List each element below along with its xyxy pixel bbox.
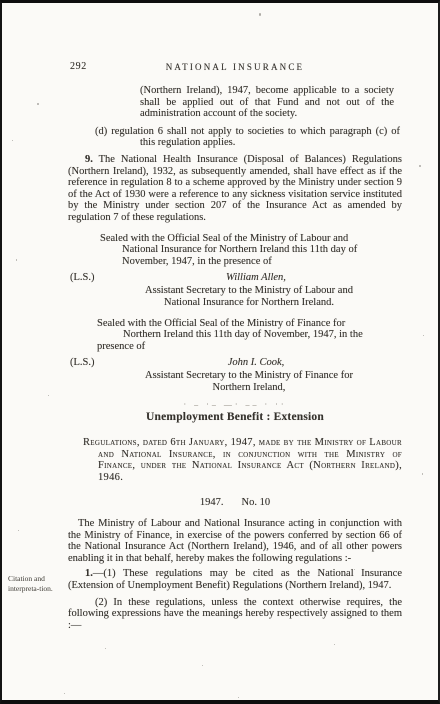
noise-speck: [334, 644, 335, 645]
sealing-labour-line: Sealed with the Official Seal of the Min…: [100, 233, 402, 245]
regulation-1-2: (2) In these regulations, unless the con…: [68, 597, 402, 632]
regulation-1-1-text: —(1) These regulations may be cited as t…: [68, 568, 402, 591]
regulation-1-block: Citation and interpreta-tion. 1.—(1) The…: [68, 568, 402, 631]
noise-speck: [48, 395, 49, 396]
sealing-labour-line: November, 1947, in the presence of: [122, 256, 402, 268]
regulation-year: 1947.: [200, 497, 224, 509]
noise-speck: [423, 335, 424, 336]
seal-signature-row-labour: (L.S.) William Allen,: [68, 272, 402, 284]
noise-speck: [105, 648, 106, 649]
noise-speck: [202, 665, 203, 666]
margin-note-citation: Citation and interpreta-tion.: [8, 574, 63, 593]
sealing-clause-labour: Sealed with the Official Seal of the Min…: [68, 233, 402, 268]
list-item-d-text: regulation 6 shall not apply to societie…: [111, 126, 400, 149]
noise-speck: [419, 165, 421, 167]
list-item-d: (d) regulation 6 shall not apply to soci…: [140, 126, 400, 149]
noise-speck: [37, 103, 39, 105]
sealing-labour-line: National Insurance for Northern Ireland …: [122, 244, 402, 256]
document-page: 292 NATIONAL INSURANCE (Northern Ireland…: [0, 0, 440, 704]
sealing-finance-line: Northern Ireland this 11th day of Novemb…: [123, 329, 402, 341]
regulation-1-number: 1.: [85, 568, 93, 579]
scan-artifact-marks: · – ·– —· –– · ··: [68, 399, 402, 408]
noise-speck: [12, 140, 13, 141]
signatory-title-finance: Assistant Secretary to the Ministry of F…: [135, 370, 363, 393]
noise-speck: [354, 569, 355, 570]
regulation-number: No. 10: [242, 497, 271, 509]
noise-speck: [64, 693, 65, 694]
signatory-title-labour: Assistant Secretary to the Ministry of L…: [129, 285, 369, 308]
noise-speck: [238, 697, 239, 698]
year-number-line: 1947. No. 10: [68, 497, 402, 509]
section-9-text: The National Health Insurance (Disposal …: [68, 154, 402, 223]
section-9-paragraph: 9. The National Health Insurance (Dispos…: [68, 154, 402, 224]
signature-john-cook: John I. Cook,: [98, 357, 414, 369]
running-header: 292 NATIONAL INSURANCE: [68, 61, 402, 74]
signature-william-allen: William Allen,: [98, 272, 414, 284]
paragraph-continuation: (Northern Ireland), 1947, become applica…: [140, 85, 394, 120]
regulation-heading: Unemployment Benefit : Extension: [68, 412, 402, 424]
running-title: NATIONAL INSURANCE: [68, 62, 402, 74]
sealing-finance-line: presence of: [97, 341, 402, 353]
sealing-finance-line: Sealed with the Official Seal of the Min…: [97, 318, 402, 330]
list-item-d-label: (d): [95, 126, 107, 137]
section-9-number: 9.: [85, 154, 93, 165]
regulation-preamble: Regulations, dated 6th January, 1947, ma…: [98, 437, 402, 483]
sealing-clause-finance: Sealed with the Official Seal of the Min…: [68, 318, 402, 353]
seal-mark: (L.S.): [70, 357, 95, 369]
regulation-1-1: 1.—(1) These regulations may be cited as…: [68, 568, 402, 591]
noise-speck: [16, 259, 17, 261]
noise-speck: [18, 530, 19, 531]
seal-signature-row-finance: (L.S.) John I. Cook,: [68, 357, 402, 369]
seal-mark: (L.S.): [70, 272, 95, 284]
enacting-paragraph: The Ministry of Labour and National Insu…: [68, 518, 402, 564]
noise-speck: [422, 473, 423, 475]
noise-speck: [259, 13, 261, 16]
